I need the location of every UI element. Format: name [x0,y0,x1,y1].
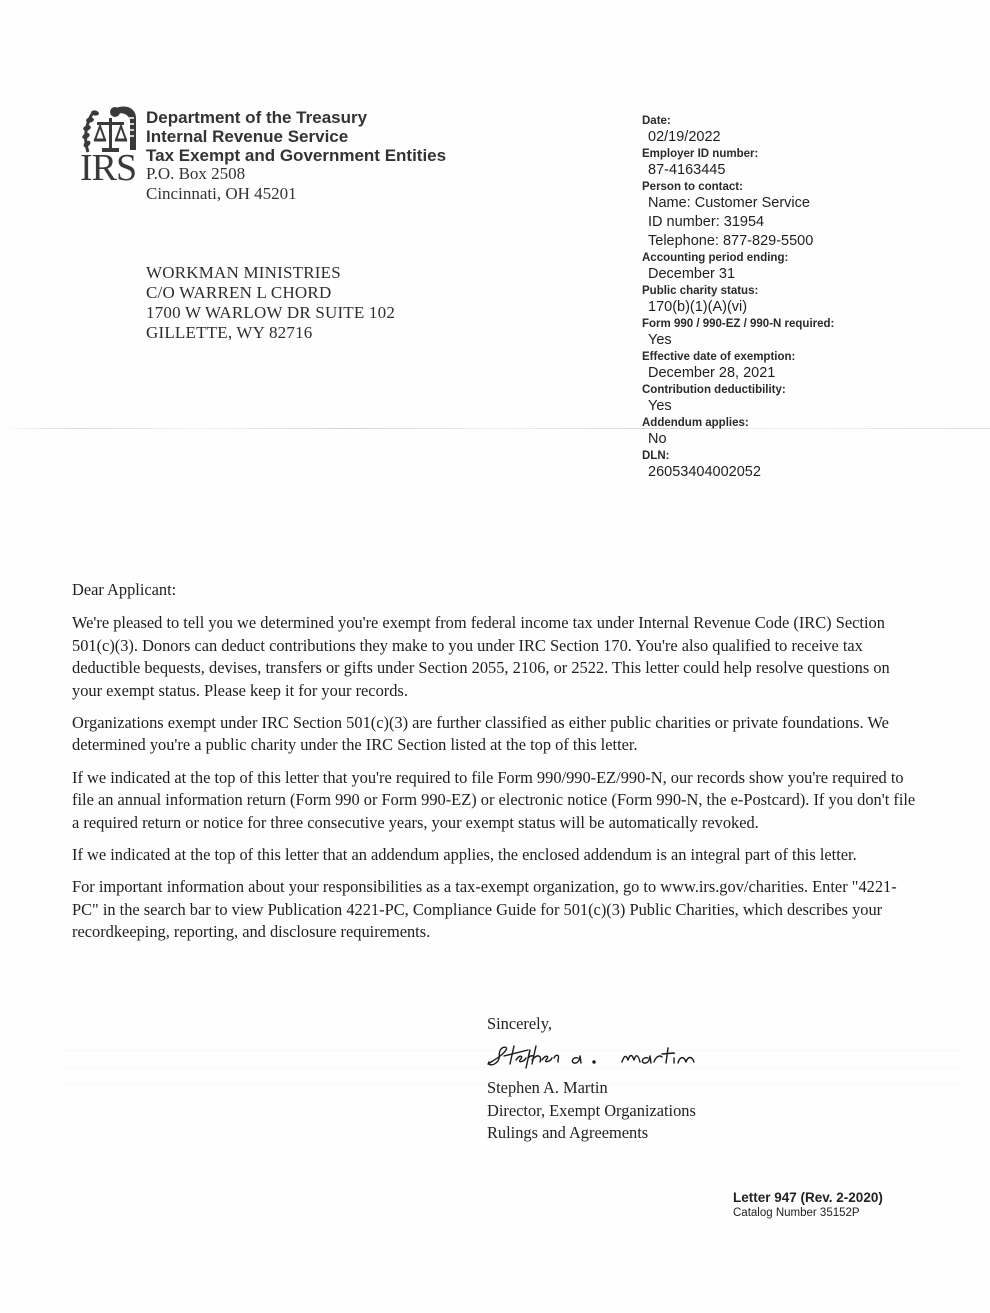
addendum-applies-label: Addendum applies: [642,416,942,430]
dln-field: DLN: 26053404002052 [642,449,942,482]
effective-date-field: Effective date of exemption: December 28… [642,350,942,383]
recipient-line: GILLETTE, WY 82716 [146,323,395,343]
valediction: Sincerely, [487,1013,552,1035]
agency-address-line: P.O. Box 2508 [146,164,297,184]
effective-date-value: December 28, 2021 [642,364,942,383]
date-label: Date: [642,114,942,128]
salutation: Dear Applicant: [72,579,922,601]
form-footer: Letter 947 (Rev. 2-2020) Catalog Number … [733,1189,883,1220]
public-charity-status-field: Public charity status: 170(b)(1)(A)(vi) [642,284,942,317]
body-paragraph: We're pleased to tell you we determined … [72,612,922,702]
signer-block: Stephen A. Martin Director, Exempt Organ… [487,1077,696,1145]
accounting-period-label: Accounting period ending: [642,251,942,265]
public-charity-status-value: 170(b)(1)(A)(vi) [642,298,942,317]
signer-title: Director, Exempt Organizations [487,1100,696,1123]
contribution-deductibility-label: Contribution deductibility: [642,383,942,397]
body-paragraph: If we indicated at the top of this lette… [72,767,922,834]
form-990-required-field: Form 990 / 990-EZ / 990-N required: Yes [642,317,942,350]
dln-value: 26053404002052 [642,463,942,482]
contact-label: Person to contact: [642,180,942,194]
body-paragraph: Organizations exempt under IRC Section 5… [72,712,922,757]
form-990-required-label: Form 990 / 990-EZ / 990-N required: [642,317,942,331]
dln-label: DLN: [642,449,942,463]
letter-body: Dear Applicant: We're pleased to tell yo… [72,579,922,954]
handwritten-signature-icon [484,1038,714,1072]
date-field: Date: 02/19/2022 [642,114,942,147]
date-value: 02/19/2022 [642,128,942,147]
contact-telephone: Telephone: 877-829-5500 [642,232,942,251]
recipient-line: WORKMAN MINISTRIES [146,263,395,283]
form-990-required-value: Yes [642,331,942,350]
contact-id-number: ID number: 31954 [642,213,942,232]
employer-id-label: Employer ID number: [642,147,942,161]
agency-line: Internal Revenue Service [146,127,446,146]
catalog-number: Catalog Number 35152P [733,1206,883,1220]
recipient-address: WORKMAN MINISTRIES C/O WARREN L CHORD 17… [146,263,395,343]
body-paragraph: If we indicated at the top of this lette… [72,844,922,866]
addendum-applies-field: Addendum applies: No [642,416,942,449]
form-id: Letter 947 (Rev. 2-2020) [733,1189,883,1206]
agency-name: Department of the Treasury Internal Reve… [146,108,446,165]
accounting-period-field: Accounting period ending: December 31 [642,251,942,284]
employer-id-field: Employer ID number: 87-4163445 [642,147,942,180]
contact-field: Person to contact: Name: Customer Servic… [642,180,942,251]
contact-name: Name: Customer Service [642,194,942,213]
irs-logo: IRS [80,104,140,192]
effective-date-label: Effective date of exemption: [642,350,942,364]
recipient-line: C/O WARREN L CHORD [146,283,395,303]
contribution-deductibility-field: Contribution deductibility: Yes [642,383,942,416]
agency-line: Department of the Treasury [146,108,446,127]
recipient-line: 1700 W WARLOW DR SUITE 102 [146,303,395,323]
agency-address: P.O. Box 2508 Cincinnati, OH 45201 [146,164,297,204]
body-paragraph: For important information about your res… [72,876,922,943]
irs-logo-text: IRS [80,148,136,188]
public-charity-status-label: Public charity status: [642,284,942,298]
agency-address-line: Cincinnati, OH 45201 [146,184,297,204]
accounting-period-value: December 31 [642,265,942,284]
agency-line: Tax Exempt and Government Entities [146,146,446,165]
employer-id-value: 87-4163445 [642,161,942,180]
signer-department: Rulings and Agreements [487,1122,696,1145]
signer-name: Stephen A. Martin [487,1077,696,1100]
addendum-applies-value: No [642,430,942,449]
letter-page: IRS Department of the Treasury Internal … [0,0,990,1313]
contribution-deductibility-value: Yes [642,397,942,416]
letter-details: Date: 02/19/2022 Employer ID number: 87-… [642,114,942,482]
